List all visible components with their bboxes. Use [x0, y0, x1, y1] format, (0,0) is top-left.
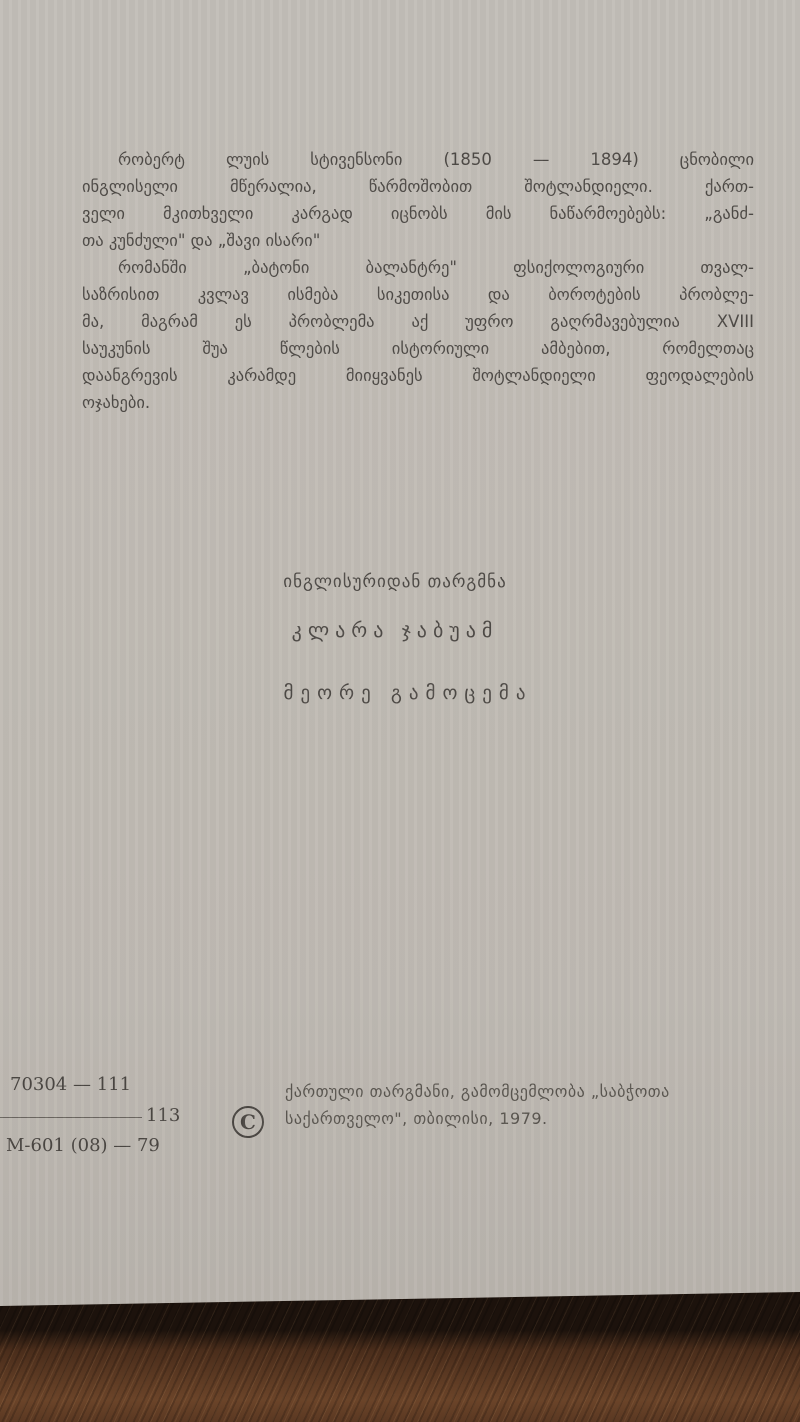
publisher-imprint: ქართული თარგმანი, გამომცემლობა „საბჭოთა …: [285, 1078, 785, 1132]
text-line: თა კუნძული" და „შავი ისარი": [82, 227, 754, 254]
edition-label: მეორე გამოცემა: [8, 682, 800, 704]
imprint-line: ქართული თარგმანი, გამომცემლობა „საბჭოთა: [285, 1078, 785, 1105]
book-page: რობერტ ლუის სტივენსონი (1850 — 1894) ცნო…: [0, 0, 800, 1310]
text-line: საუკუნის შუა წლების ისტორიული ამბებით, რ…: [82, 335, 754, 362]
imprint-line: საქართველო", თბილისი, 1979.: [285, 1105, 785, 1132]
catalog-code-denominator: M-601 (08) — 79: [6, 1135, 160, 1156]
text-line: ველი მკითხველი კარგად იცნობს მის ნაწარმო…: [82, 200, 754, 227]
text-line: მა, მაგრამ ეს პრობლემა აქ უფრო გაღრმავებ…: [82, 308, 754, 335]
catalog-fraction-line: [0, 1117, 142, 1118]
translator-name: კლარა ჯაბუამ: [0, 618, 795, 642]
catalog-code-numerator: 70304 — 111: [10, 1074, 131, 1095]
translator-label: ინგლისურიდან თარგმნა: [0, 572, 795, 592]
text-line: რომანში „ბატონი ბალანტრე" ფსიქოლოგიური თ…: [82, 254, 754, 281]
author-description-paragraph: რობერტ ლუის სტივენსონი (1850 — 1894) ცნო…: [82, 146, 754, 254]
text-line: ოჯახები.: [82, 389, 754, 416]
text-line: რობერტ ლუის სტივენსონი (1850 — 1894) ცნო…: [82, 146, 754, 173]
catalog-code-suffix: 113: [146, 1105, 180, 1126]
text-line: ინგლისელი მწერალია, წარმოშობით შოტლანდიე…: [82, 173, 754, 200]
copyright-icon: C: [232, 1106, 264, 1138]
novel-description-paragraph: რომანში „ბატონი ბალანტრე" ფსიქოლოგიური თ…: [82, 254, 754, 416]
text-line: დაანგრევის კარამდე მიიყვანეს შოტლანდიელი…: [82, 362, 754, 389]
text-line: საზრისით კვლავ ისმება სიკეთისა და ბოროტე…: [82, 281, 754, 308]
